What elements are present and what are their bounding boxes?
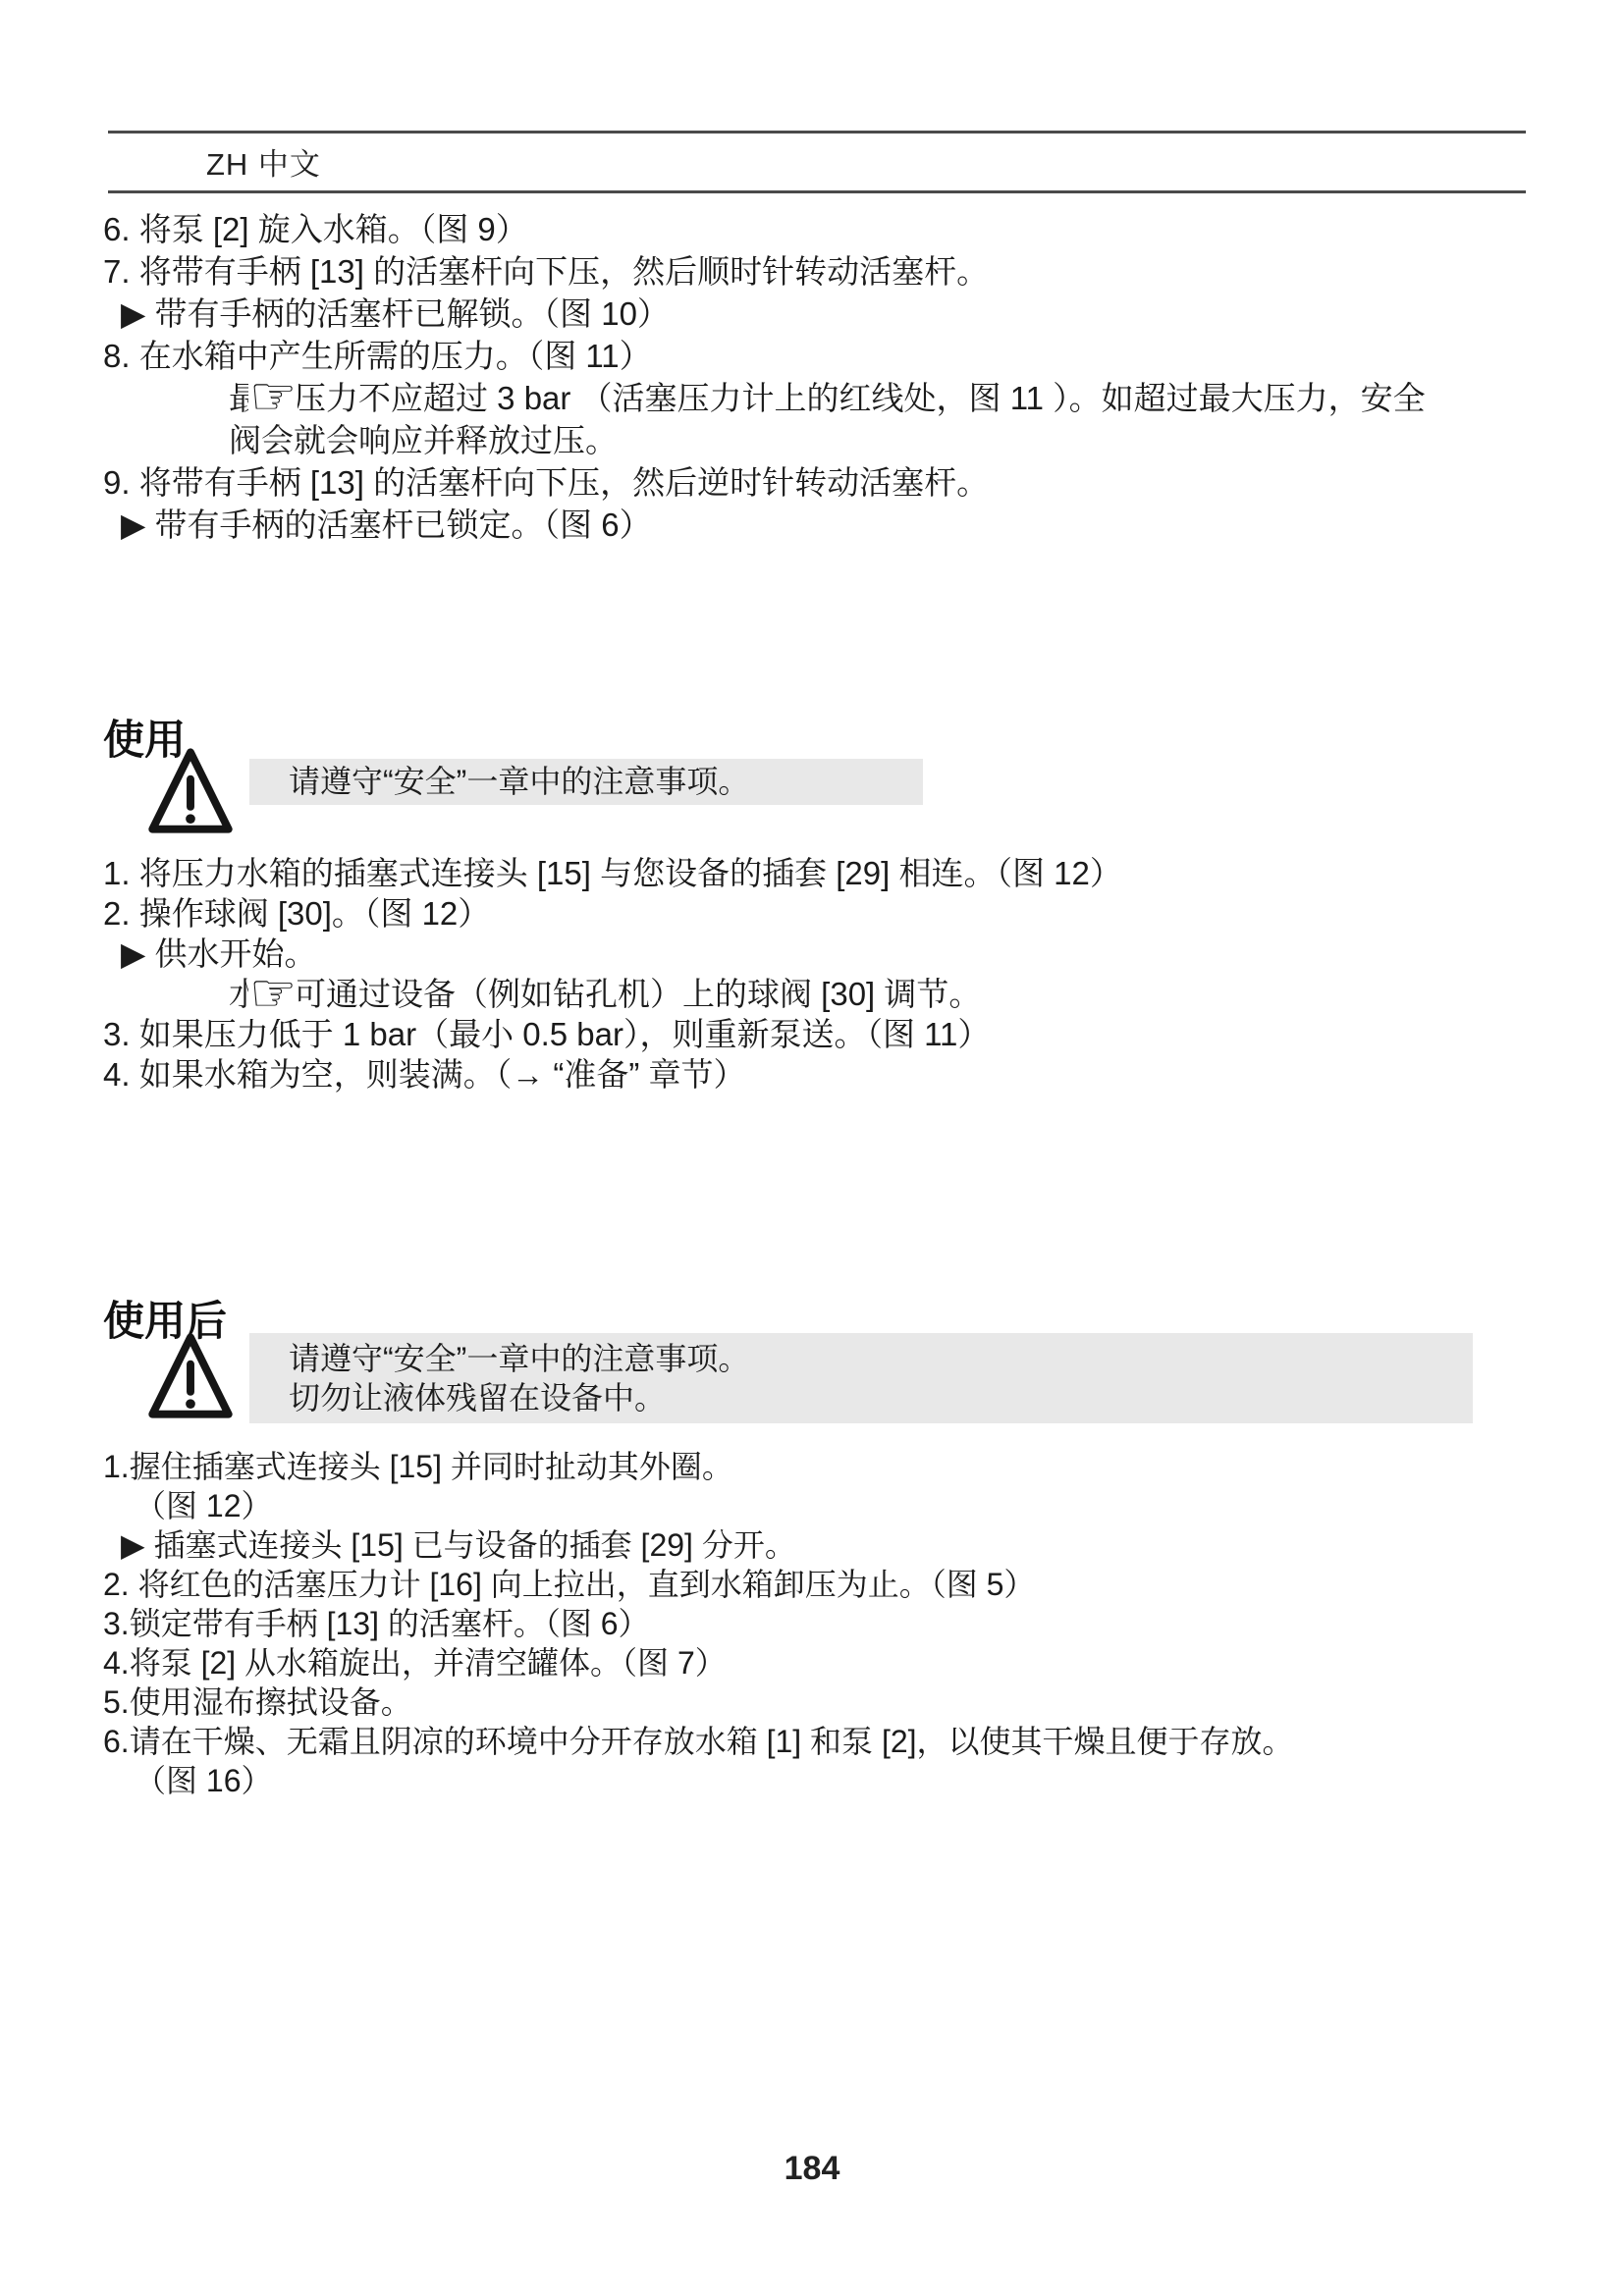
warning-text: 请遵守“安全”一章中的注意事项。 [289, 1339, 1443, 1378]
step-line: 1. 将压力水箱的插塞式连接头 [15] 与您设备的插套 [29] 相连。（图 … [103, 853, 1624, 893]
result-line: ▶ 带有手柄的活塞杆已锁定。（图 6） [121, 504, 1624, 546]
after-use-steps: 1.握住插塞式连接头 [15] 并同时扯动其外圈。 （图 12） ▶ 插塞式连接… [0, 1447, 1624, 1800]
warning-note-use: 请遵守“安全”一章中的注意事项。 [147, 746, 923, 836]
note-line: ☞ 最大压力不应超过 3 bar （活塞压力计上的红线处，图 11 ）。如超过最… [229, 377, 1624, 419]
use-steps: 1. 将压力水箱的插塞式连接头 [15] 与您设备的插套 [29] 相连。（图 … [0, 853, 1624, 1095]
step-line: 3. 如果压力低于 1 bar（最小 0.5 bar），则重新泵送。（图 11） [103, 1014, 1624, 1054]
page-header: ZH 中文 [108, 131, 1526, 193]
result-line: ▶ 插塞式连接头 [15] 已与设备的插套 [29] 分开。 [121, 1525, 1624, 1565]
note-line: ☞ 水量可通过设备（例如钻孔机）上的球阀 [30] 调节。 [229, 974, 1624, 1014]
step-line: 4. 如果水箱为空，则装满。（→ “准备” 章节） [103, 1054, 1624, 1095]
figure-reference-line: （图 12） [135, 1486, 1624, 1525]
step-line: 5.使用湿布擦拭设备。 [103, 1682, 1624, 1722]
warning-box: 请遵守“安全”一章中的注意事项。 [249, 759, 923, 805]
step-line: 2. 操作球阀 [30]。（图 12） [103, 893, 1624, 934]
note-line-continued: 阀会就会响应并释放过压。 [229, 419, 1624, 461]
step-line: 3.锁定带有手柄 [13] 的活塞杆。（图 6） [103, 1604, 1624, 1643]
pointing-hand-icon: ☞ [248, 968, 298, 1019]
note-text: 水量可通过设备（例如钻孔机）上的球阀 [30] 调节。 [229, 976, 981, 1012]
figure-reference-line: （图 16） [135, 1761, 1624, 1800]
warning-text: 切勿让液体残留在设备中。 [289, 1378, 1443, 1417]
step-line: 6. 将泵 [2] 旋入水箱。（图 9） [103, 208, 1624, 250]
note-text: 最大压力不应超过 3 bar （活塞压力计上的红线处，图 11 ）。如超过最大压… [229, 380, 1426, 416]
page-number: 184 [0, 2150, 1624, 2188]
warning-text: 请遵守“安全”一章中的注意事项。 [289, 764, 749, 799]
warning-box: 请遵守“安全”一章中的注意事项。 切勿让液体残留在设备中。 [249, 1333, 1473, 1423]
manual-page: ZH 中文 6. 将泵 [2] 旋入水箱。（图 9） 7. 将带有手柄 [13]… [0, 0, 1624, 2296]
intro-steps: 6. 将泵 [2] 旋入水箱。（图 9） 7. 将带有手柄 [13] 的活塞杆向… [0, 208, 1624, 546]
step-line: 4.将泵 [2] 从水箱旋出，并清空罐体。（图 7） [103, 1643, 1624, 1682]
warning-triangle-icon [147, 1331, 234, 1421]
step-line: 7. 将带有手柄 [13] 的活塞杆向下压，然后顺时针转动活塞杆。 [103, 250, 1624, 293]
result-line: ▶ 带有手柄的活塞杆已解锁。（图 10） [121, 293, 1624, 335]
step-line: 1.握住插塞式连接头 [15] 并同时扯动其外圈。 [103, 1447, 1624, 1486]
step-line: 9. 将带有手柄 [13] 的活塞杆向下压，然后逆时针转动活塞杆。 [103, 461, 1624, 504]
warning-note-after-use: 请遵守“安全”一章中的注意事项。 切勿让液体残留在设备中。 [147, 1331, 1473, 1423]
pointing-hand-icon: ☞ [248, 371, 298, 422]
result-line: ▶ 供水开始。 [121, 934, 1624, 974]
warning-triangle-icon [147, 746, 234, 836]
step-line: 2. 将红色的活塞压力计 [16] 向上拉出，直到水箱卸压为止。（图 5） [103, 1565, 1624, 1604]
step-line: 8. 在水箱中产生所需的压力。（图 11） [103, 335, 1624, 377]
step-line: 6.请在干燥、无霜且阴凉的环境中分开存放水箱 [1] 和泵 [2]，以使其干燥且… [103, 1722, 1624, 1761]
language-tab: ZH 中文 [206, 147, 321, 182]
